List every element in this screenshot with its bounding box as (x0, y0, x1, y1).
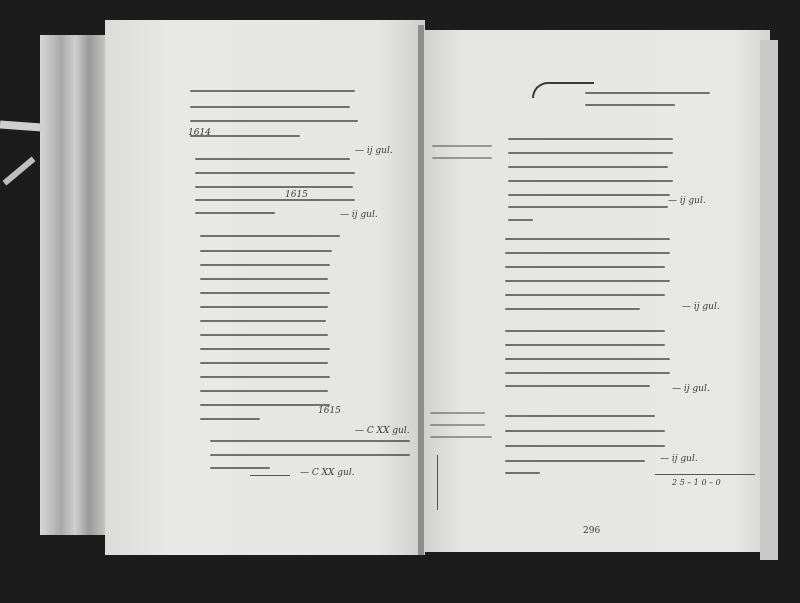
ribbon-marker (0, 121, 42, 132)
tally: — C XX gul. (300, 468, 355, 478)
page-edges (40, 35, 110, 535)
right-page-edge (760, 40, 778, 560)
year-1614: 1614 (188, 128, 211, 138)
tally: — ij gul. (340, 210, 378, 220)
tally: — ij gul. (355, 146, 393, 156)
tally: — C XX gul. (355, 426, 410, 436)
tally: — ij gul. (672, 384, 710, 394)
tally: — ij gul. (668, 196, 706, 206)
footer-sum: 2 5 – 1 0 – 0 (672, 478, 721, 487)
tally: — ij gul. (660, 454, 698, 464)
gutter (418, 25, 424, 555)
ribbon-marker (3, 156, 36, 185)
sum-rule (655, 474, 755, 475)
year-1615: 1615 (285, 190, 308, 200)
year-1615: 1615 (318, 406, 341, 416)
heading-flourish (532, 82, 594, 98)
tally: — ij gul. (682, 302, 720, 312)
page-number: 296 (583, 526, 600, 536)
